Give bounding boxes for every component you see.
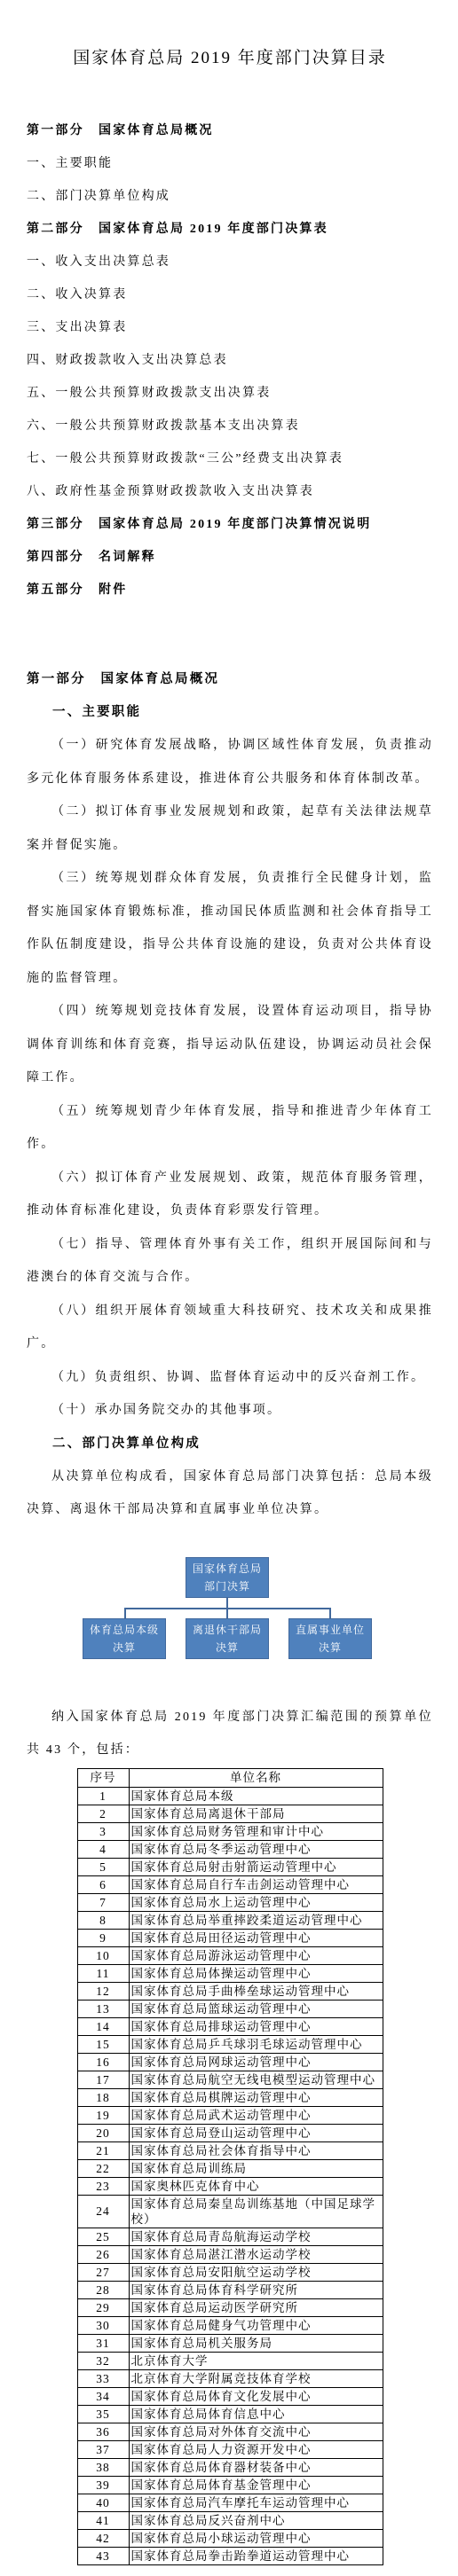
- unit-name: 国家体育总局机关服务局: [129, 2334, 383, 2352]
- unit-name: 国家体育总局人力资源开发中心: [129, 2440, 383, 2458]
- table-row: 35国家体育总局体育信息中心: [77, 2405, 383, 2423]
- unit-name: 国家体育总局体育科学研究所: [129, 2281, 383, 2298]
- table-row: 19国家体育总局武术运动管理中心: [77, 2106, 383, 2124]
- row-index: 19: [77, 2106, 129, 2124]
- paragraph: （九）负责组织、协调、监督体育运动中的反兴奋剂工作。: [27, 1361, 433, 1395]
- toc-item: 二、部门决算单位构成: [27, 180, 433, 213]
- row-index: 16: [77, 2053, 129, 2071]
- unit-name: 国家体育总局武术运动管理中心: [129, 2106, 383, 2124]
- table-row: 15国家体育总局乒乓球羽毛球运动管理中心: [77, 2035, 383, 2053]
- table-row: 39国家体育总局体育基金管理中心: [77, 2476, 383, 2494]
- unit-name: 国家体育总局体育器材装备中心: [129, 2458, 383, 2476]
- row-index: 4: [77, 1840, 129, 1858]
- unit-name: 国家体育总局安阳航空运动学校: [129, 2263, 383, 2281]
- table-row: 20国家体育总局登山运动管理中心: [77, 2124, 383, 2141]
- unit-name: 国家体育总局离退休干部局: [129, 1805, 383, 1822]
- table-row: 9国家体育总局田径运动管理中心: [77, 1929, 383, 1946]
- table-row: 13国家体育总局篮球运动管理中心: [77, 2000, 383, 2017]
- row-index: 13: [77, 2000, 129, 2017]
- table-row: 4国家体育总局冬季运动管理中心: [77, 1840, 383, 1858]
- unit-name: 国家体育总局训练局: [129, 2159, 383, 2177]
- unit-name: 北京体育大学: [129, 2352, 383, 2369]
- org-box-child-1: 体育总局本级 决算: [83, 1618, 166, 1659]
- unit-name: 国家体育总局游泳运动管理中心: [129, 1946, 383, 1964]
- units-scope-note: 纳入国家体育总局 2019 年度部门决算汇编范围的预算单位共 43 个，包括：: [27, 1701, 433, 1767]
- table-row: 21国家体育总局社会体育指导中心: [77, 2141, 383, 2159]
- unit-name: 国家体育总局举重摔跤柔道运动管理中心: [129, 1911, 383, 1929]
- toc-item: 八、政府性基金预算财政拨款收入支出决算表: [27, 475, 433, 508]
- toc-item: 第二部分 国家体育总局 2019 年度部门决算表: [27, 213, 433, 246]
- unit-name: 国家体育总局财务管理和审计中心: [129, 1822, 383, 1840]
- toc-item: 一、收入支出决算总表: [27, 246, 433, 278]
- row-index: 25: [77, 2228, 129, 2245]
- row-index: 39: [77, 2476, 129, 2494]
- unit-name: 国家体育总局青岛航海运动学校: [129, 2228, 383, 2245]
- paragraph: （二）拟订体育事业发展规划和政策，起草有关法律法规草案并督促实施。: [27, 795, 433, 862]
- row-index: 24: [77, 2195, 129, 2228]
- row-index: 14: [77, 2017, 129, 2035]
- table-row: 41国家体育总局反兴奋剂中心: [77, 2511, 383, 2529]
- unit-name: 国家体育总局湛江潜水运动学校: [129, 2245, 383, 2263]
- toc-item: 五、一般公共预算财政拨款支出决算表: [27, 377, 433, 410]
- table-row: 27国家体育总局安阳航空运动学校: [77, 2263, 383, 2281]
- unit-name: 北京体育大学附属竞技体育学校: [129, 2369, 383, 2387]
- toc-item: 一、主要职能: [27, 147, 433, 180]
- unit-name: 国家体育总局体操运动管理中心: [129, 1964, 383, 1982]
- table-row: 34国家体育总局体育文化发展中心: [77, 2387, 383, 2405]
- table-row: 42国家体育总局小球运动管理中心: [77, 2529, 383, 2547]
- toc-item: 四、财政拨款收入支出决算总表: [27, 344, 433, 377]
- row-index: 31: [77, 2334, 129, 2352]
- row-index: 6: [77, 1875, 129, 1893]
- table-row: 16国家体育总局网球运动管理中心: [77, 2053, 383, 2071]
- column-header-index: 序号: [77, 1768, 129, 1787]
- table-row: 25国家体育总局青岛航海运动学校: [77, 2228, 383, 2245]
- paragraph: （四）统筹规划竞技体育发展，设置体育运动项目，指导协调体育训练和体育竞赛，指导运…: [27, 995, 433, 1095]
- table-row: 2国家体育总局离退休干部局: [77, 1805, 383, 1822]
- unit-name: 国家体育总局网球运动管理中心: [129, 2053, 383, 2071]
- row-index: 29: [77, 2298, 129, 2316]
- table-row: 43国家体育总局拳击跆拳道运动管理中心: [77, 2547, 383, 2564]
- org-child3-line2: 决算: [289, 1639, 371, 1656]
- row-index: 20: [77, 2124, 129, 2141]
- doc-title: 国家体育总局 2019 年度部门决算目录: [27, 44, 433, 68]
- toc-item: 第五部分 附件: [27, 574, 433, 607]
- row-index: 41: [77, 2511, 129, 2529]
- unit-name: 国家体育总局自行车击剑运动管理中心: [129, 1875, 383, 1893]
- row-index: 12: [77, 1982, 129, 2000]
- part1-heading: 第一部分 国家体育总局概况: [27, 663, 433, 696]
- row-index: 26: [77, 2245, 129, 2263]
- org-child1-line1: 体育总局本级: [83, 1621, 165, 1639]
- main-functions-paragraphs: （一）研究体育发展战略，协调区域性体育发展，负责推动多元化体育服务体系建设，推进…: [27, 729, 433, 1428]
- unit-name: 国家体育总局航空无线电模型运动管理中心: [129, 2071, 383, 2088]
- org-child1-line2: 决算: [83, 1639, 165, 1656]
- row-index: 2: [77, 1805, 129, 1822]
- row-index: 36: [77, 2423, 129, 2440]
- table-row: 18国家体育总局棋牌运动管理中心: [77, 2088, 383, 2106]
- paragraph: （十）承办国务院交办的其他事项。: [27, 1394, 433, 1428]
- toc-item: 六、一般公共预算财政拨款基本支出决算表: [27, 410, 433, 442]
- toc-item: 三、支出决算表: [27, 311, 433, 344]
- row-index: 5: [77, 1858, 129, 1875]
- toc-item: 七、一般公共预算财政拨款“三公”经费支出决算表: [27, 442, 433, 475]
- unit-name: 国家体育总局体育信息中心: [129, 2405, 383, 2423]
- row-index: 17: [77, 2071, 129, 2088]
- unit-name: 国家体育总局冬季运动管理中心: [129, 1840, 383, 1858]
- table-row: 29国家体育总局运动医学研究所: [77, 2298, 383, 2316]
- unit-name: 国家体育总局对外体育交流中心: [129, 2423, 383, 2440]
- row-index: 10: [77, 1946, 129, 1964]
- org-child2-line2: 决算: [186, 1639, 268, 1656]
- unit-name: 国家体育总局健身气功管理中心: [129, 2316, 383, 2334]
- unit-name: 国家体育总局体育基金管理中心: [129, 2476, 383, 2494]
- row-index: 32: [77, 2352, 129, 2369]
- table-row: 8国家体育总局举重摔跤柔道运动管理中心: [77, 1911, 383, 1929]
- table-row: 1国家体育总局本级: [77, 1787, 383, 1805]
- toc-item: 二、收入决算表: [27, 278, 433, 311]
- unit-name: 国家体育总局拳击跆拳道运动管理中心: [129, 2547, 383, 2564]
- table-row: 26国家体育总局湛江潜水运动学校: [77, 2245, 383, 2263]
- row-index: 42: [77, 2529, 129, 2547]
- row-index: 21: [77, 2141, 129, 2159]
- row-index: 28: [77, 2281, 129, 2298]
- row-index: 27: [77, 2263, 129, 2281]
- unit-name: 国家体育总局射击射箭运动管理中心: [129, 1858, 383, 1875]
- row-index: 35: [77, 2405, 129, 2423]
- sub-heading-main-functions: 一、主要职能: [27, 696, 433, 729]
- table-row: 17国家体育总局航空无线电模型运动管理中心: [77, 2071, 383, 2088]
- table-row: 28国家体育总局体育科学研究所: [77, 2281, 383, 2298]
- unit-name: 国家体育总局秦皇岛训练基地（中国足球学校）: [129, 2195, 383, 2228]
- row-index: 8: [77, 1911, 129, 1929]
- connector-child2-vertical: [226, 1608, 228, 1618]
- org-child3-line1: 直属事业单位: [289, 1621, 371, 1639]
- unit-name: 国家体育总局社会体育指导中心: [129, 2141, 383, 2159]
- row-index: 9: [77, 1929, 129, 1946]
- table-row: 24国家体育总局秦皇岛训练基地（中国足球学校）: [77, 2195, 383, 2228]
- table-row: 6国家体育总局自行车击剑运动管理中心: [77, 1875, 383, 1893]
- row-index: 1: [77, 1787, 129, 1805]
- row-index: 33: [77, 2369, 129, 2387]
- org-box-child-3: 直属事业单位 决算: [288, 1618, 372, 1659]
- unit-name: 国家体育总局汽车摩托车运动管理中心: [129, 2494, 383, 2511]
- table-row: 33北京体育大学附属竞技体育学校: [77, 2369, 383, 2387]
- table-of-contents: 第一部分 国家体育总局概况一、主要职能二、部门决算单位构成第二部分 国家体育总局…: [27, 114, 433, 607]
- unit-name: 国家体育总局运动医学研究所: [129, 2298, 383, 2316]
- table-row: 23国家奥林匹克体育中心: [77, 2177, 383, 2195]
- table-row: 31国家体育总局机关服务局: [77, 2334, 383, 2352]
- row-index: 43: [77, 2547, 129, 2564]
- table-row: 3国家体育总局财务管理和审计中心: [77, 1822, 383, 1840]
- unit-name: 国家体育总局排球运动管理中心: [129, 2017, 383, 2035]
- unit-name: 国家体育总局篮球运动管理中心: [129, 2000, 383, 2017]
- table-row: 12国家体育总局手曲棒垒球运动管理中心: [77, 1982, 383, 2000]
- row-index: 3: [77, 1822, 129, 1840]
- connector-child3-vertical: [329, 1608, 331, 1618]
- table-row: 14国家体育总局排球运动管理中心: [77, 2017, 383, 2035]
- row-index: 22: [77, 2159, 129, 2177]
- unit-name: 国家体育总局登山运动管理中心: [129, 2124, 383, 2141]
- row-index: 40: [77, 2494, 129, 2511]
- table-row: 7国家体育总局水上运动管理中心: [77, 1893, 383, 1911]
- unit-name: 国家体育总局棋牌运动管理中心: [129, 2088, 383, 2106]
- units-table: 序号 单位名称 1国家体育总局本级2国家体育总局离退休干部局3国家体育总局财务管…: [77, 1768, 383, 2565]
- table-row: 22国家体育总局训练局: [77, 2159, 383, 2177]
- row-index: 38: [77, 2458, 129, 2476]
- unit-name: 国家体育总局田径运动管理中心: [129, 1929, 383, 1946]
- unit-name: 国家体育总局本级: [129, 1787, 383, 1805]
- row-index: 15: [77, 2035, 129, 2053]
- org-box-root: 国家体育总局 部门决算: [186, 1557, 269, 1598]
- table-row: 5国家体育总局射击射箭运动管理中心: [77, 1858, 383, 1875]
- row-index: 23: [77, 2177, 129, 2195]
- org-root-line1: 国家体育总局: [186, 1560, 268, 1578]
- table-row: 30国家体育总局健身气功管理中心: [77, 2316, 383, 2334]
- document-page: 国家体育总局 2019 年度部门决算目录 第一部分 国家体育总局概况一、主要职能…: [0, 0, 458, 2576]
- toc-item: 第三部分 国家体育总局 2019 年度部门决算情况说明: [27, 508, 433, 541]
- table-row: 11国家体育总局体操运动管理中心: [77, 1964, 383, 1982]
- paragraph: （七）指导、管理体育外事有关工作，组织开展国际间和与港澳台的体育交流与合作。: [27, 1228, 433, 1295]
- table-row: 38国家体育总局体育器材装备中心: [77, 2458, 383, 2476]
- table-row: 36国家体育总局对外体育交流中心: [77, 2423, 383, 2440]
- org-box-child-2: 离退休干部局 决算: [186, 1618, 269, 1659]
- toc-item: 第四部分 名词解释: [27, 541, 433, 574]
- unit-composition-intro: 从决算单位构成看，国家体育总局部门决算包括：总局本级决算、离退休干部局决算和直属…: [27, 1460, 433, 1527]
- row-index: 18: [77, 2088, 129, 2106]
- paragraph: （一）研究体育发展战略，协调区域性体育发展，负责推动多元化体育服务体系建设，推进…: [27, 729, 433, 795]
- paragraph: （八）组织开展体育领域重大科技研究、技术攻关和成果推广。: [27, 1295, 433, 1361]
- table-row: 10国家体育总局游泳运动管理中心: [77, 1946, 383, 1964]
- table-row: 37国家体育总局人力资源开发中心: [77, 2440, 383, 2458]
- row-index: 30: [77, 2316, 129, 2334]
- unit-name: 国家体育总局手曲棒垒球运动管理中心: [129, 1982, 383, 2000]
- org-child2-line1: 离退休干部局: [186, 1621, 268, 1639]
- table-header-row: 序号 单位名称: [77, 1768, 383, 1787]
- connector-child1-vertical: [124, 1608, 126, 1618]
- table-row: 32北京体育大学: [77, 2352, 383, 2369]
- paragraph: （六）拟订体育产业发展规划、政策，规范体育服务管理，推动体育标准化建设，负责体育…: [27, 1162, 433, 1228]
- row-index: 7: [77, 1893, 129, 1911]
- unit-name: 国家奥林匹克体育中心: [129, 2177, 383, 2195]
- paragraph: （五）统筹规划青少年体育发展，指导和推进青少年体育工作。: [27, 1095, 433, 1162]
- column-header-unit-name: 单位名称: [129, 1768, 383, 1787]
- org-root-line2: 部门决算: [186, 1578, 268, 1595]
- row-index: 37: [77, 2440, 129, 2458]
- sub-heading-unit-composition: 二、部门决算单位构成: [27, 1428, 433, 1460]
- unit-name: 国家体育总局水上运动管理中心: [129, 1893, 383, 1911]
- toc-item: 第一部分 国家体育总局概况: [27, 114, 433, 147]
- table-row: 40国家体育总局汽车摩托车运动管理中心: [77, 2494, 383, 2511]
- row-index: 11: [77, 1964, 129, 1982]
- unit-name: 国家体育总局小球运动管理中心: [129, 2529, 383, 2547]
- org-chart: 国家体育总局 部门决算 体育总局本级 决算 离退休干部局 决算 直属事业单位 决…: [79, 1557, 381, 1660]
- unit-name: 国家体育总局反兴奋剂中心: [129, 2511, 383, 2529]
- row-index: 34: [77, 2387, 129, 2405]
- unit-name: 国家体育总局乒乓球羽毛球运动管理中心: [129, 2035, 383, 2053]
- paragraph: （三）统筹规划群众体育发展，负责推行全民健身计划，监督实施国家体育锻炼标准，推动…: [27, 862, 433, 995]
- unit-name: 国家体育总局体育文化发展中心: [129, 2387, 383, 2405]
